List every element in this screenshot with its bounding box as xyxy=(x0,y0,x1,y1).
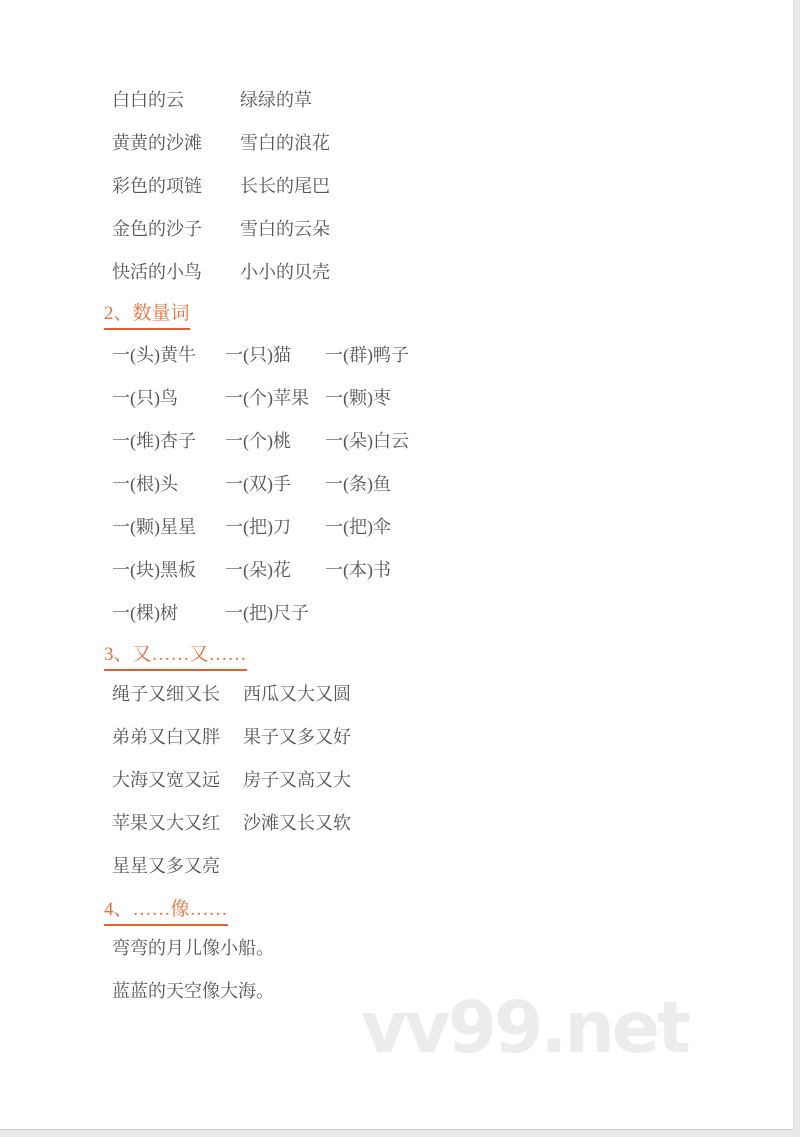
text-row: 快活的小鸟 小小的贝壳 xyxy=(112,262,732,282)
phrase-text: 大海又宽又远 xyxy=(112,770,243,790)
phrase-text: 一(朵)白云 xyxy=(325,431,409,451)
phrase-text: 雪白的浪花 xyxy=(240,133,330,153)
phrase-text: 一(把)刀 xyxy=(225,517,325,537)
text-row: 弯弯的月儿像小船。 xyxy=(112,938,732,958)
phrase-text: 西瓜又大又圆 xyxy=(243,684,351,704)
section-header-xiang: 4、……像…… xyxy=(104,899,228,926)
text-row: 一(颗)星星 一(把)刀 一(把)伞 xyxy=(112,517,732,537)
phrase-text: 绳子又细又长 xyxy=(112,684,243,704)
text-row: 绳子又细又长 西瓜又大又圆 xyxy=(112,684,732,704)
phrase-text: 弯弯的月儿像小船。 xyxy=(112,938,274,958)
phrase-text: 一(本)书 xyxy=(325,560,391,580)
phrase-text: 一(个)桃 xyxy=(225,431,325,451)
text-row: 苹果又大又红 沙滩又长又软 xyxy=(112,813,732,833)
phrase-text: 一(双)手 xyxy=(225,474,325,494)
section-adjective-phrases: 白白的云 绿绿的草 黄黄的沙滩 雪白的浪花 彩色的项链 长长的尾巴 金色的沙子 … xyxy=(112,90,732,282)
phrase-text: 一(颗)星星 xyxy=(112,517,225,537)
text-row: 黄黄的沙滩 雪白的浪花 xyxy=(112,133,732,153)
phrase-text: 长长的尾巴 xyxy=(240,176,330,196)
text-row: 蓝蓝的天空像大海。 xyxy=(112,981,732,1001)
phrase-text: 绿绿的草 xyxy=(240,90,312,110)
text-row: 白白的云 绿绿的草 xyxy=(112,90,732,110)
phrase-text: 快活的小鸟 xyxy=(112,262,240,282)
phrase-text: 一(颗)枣 xyxy=(325,388,391,408)
text-row: 一(棵)树 一(把)尺子 xyxy=(112,603,732,623)
section-you-you-pattern: 3、又……又…… 绳子又细又长 西瓜又大又圆 弟弟又白又胖 果子又多又好 大海又… xyxy=(112,644,732,876)
phrase-text: 一(头)黄牛 xyxy=(112,345,225,365)
phrase-text: 苹果又大又红 xyxy=(112,813,243,833)
page-content: 白白的云 绿绿的草 黄黄的沙滩 雪白的浪花 彩色的项链 长长的尾巴 金色的沙子 … xyxy=(112,0,732,1024)
phrase-text: 一(个)苹果 xyxy=(225,388,325,408)
phrase-text: 一(群)鸭子 xyxy=(325,345,409,365)
section-xiang-pattern: 4、……像…… 弯弯的月儿像小船。 蓝蓝的天空像大海。 xyxy=(112,899,732,1001)
phrase-text: 果子又多又好 xyxy=(243,727,351,747)
phrase-text: 一(只)猫 xyxy=(225,345,325,365)
phrase-text: 沙滩又长又软 xyxy=(243,813,351,833)
section-header-measure-words: 2、数量词 xyxy=(104,303,190,330)
text-row: 弟弟又白又胖 果子又多又好 xyxy=(112,727,732,747)
phrase-text: 雪白的云朵 xyxy=(240,219,330,239)
text-row: 一(只)鸟 一(个)苹果 一(颗)枣 xyxy=(112,388,732,408)
text-row: 一(块)黑板 一(朵)花 一(本)书 xyxy=(112,560,732,580)
phrase-text: 弟弟又白又胖 xyxy=(112,727,243,747)
text-row: 一(头)黄牛 一(只)猫 一(群)鸭子 xyxy=(112,345,732,365)
document-page: vv99.net 白白的云 绿绿的草 黄黄的沙滩 雪白的浪花 彩色的项链 长长的… xyxy=(0,0,794,1130)
phrase-text: 一(条)鱼 xyxy=(325,474,391,494)
section-header-you-you: 3、又……又…… xyxy=(104,644,247,671)
phrase-text: 小小的贝壳 xyxy=(240,262,330,282)
phrase-text: 彩色的项链 xyxy=(112,176,240,196)
phrase-text: 一(朵)花 xyxy=(225,560,325,580)
text-row: 大海又宽又远 房子又高又大 xyxy=(112,770,732,790)
phrase-text: 一(块)黑板 xyxy=(112,560,225,580)
phrase-text: 白白的云 xyxy=(112,90,240,110)
text-row: 一(根)头 一(双)手 一(条)鱼 xyxy=(112,474,732,494)
phrase-text: 星星又多又亮 xyxy=(112,856,243,876)
phrase-text: 黄黄的沙滩 xyxy=(112,133,240,153)
phrase-text: 蓝蓝的天空像大海。 xyxy=(112,981,274,1001)
text-row: 金色的沙子 雪白的云朵 xyxy=(112,219,732,239)
phrase-text: 一(根)头 xyxy=(112,474,225,494)
phrase-text: 一(只)鸟 xyxy=(112,388,225,408)
phrase-text: 一(把)尺子 xyxy=(225,603,325,623)
phrase-text: 一(棵)树 xyxy=(112,603,225,623)
phrase-text: 一(把)伞 xyxy=(325,517,391,537)
text-row: 一(堆)杏子 一(个)桃 一(朵)白云 xyxy=(112,431,732,451)
phrase-text: 房子又高又大 xyxy=(243,770,351,790)
section-measure-words: 2、数量词 一(头)黄牛 一(只)猫 一(群)鸭子 一(只)鸟 一(个)苹果 一… xyxy=(112,303,732,623)
text-row: 彩色的项链 长长的尾巴 xyxy=(112,176,732,196)
phrase-text: 一(堆)杏子 xyxy=(112,431,225,451)
phrase-text: 金色的沙子 xyxy=(112,219,240,239)
text-row: 星星又多又亮 xyxy=(112,856,732,876)
